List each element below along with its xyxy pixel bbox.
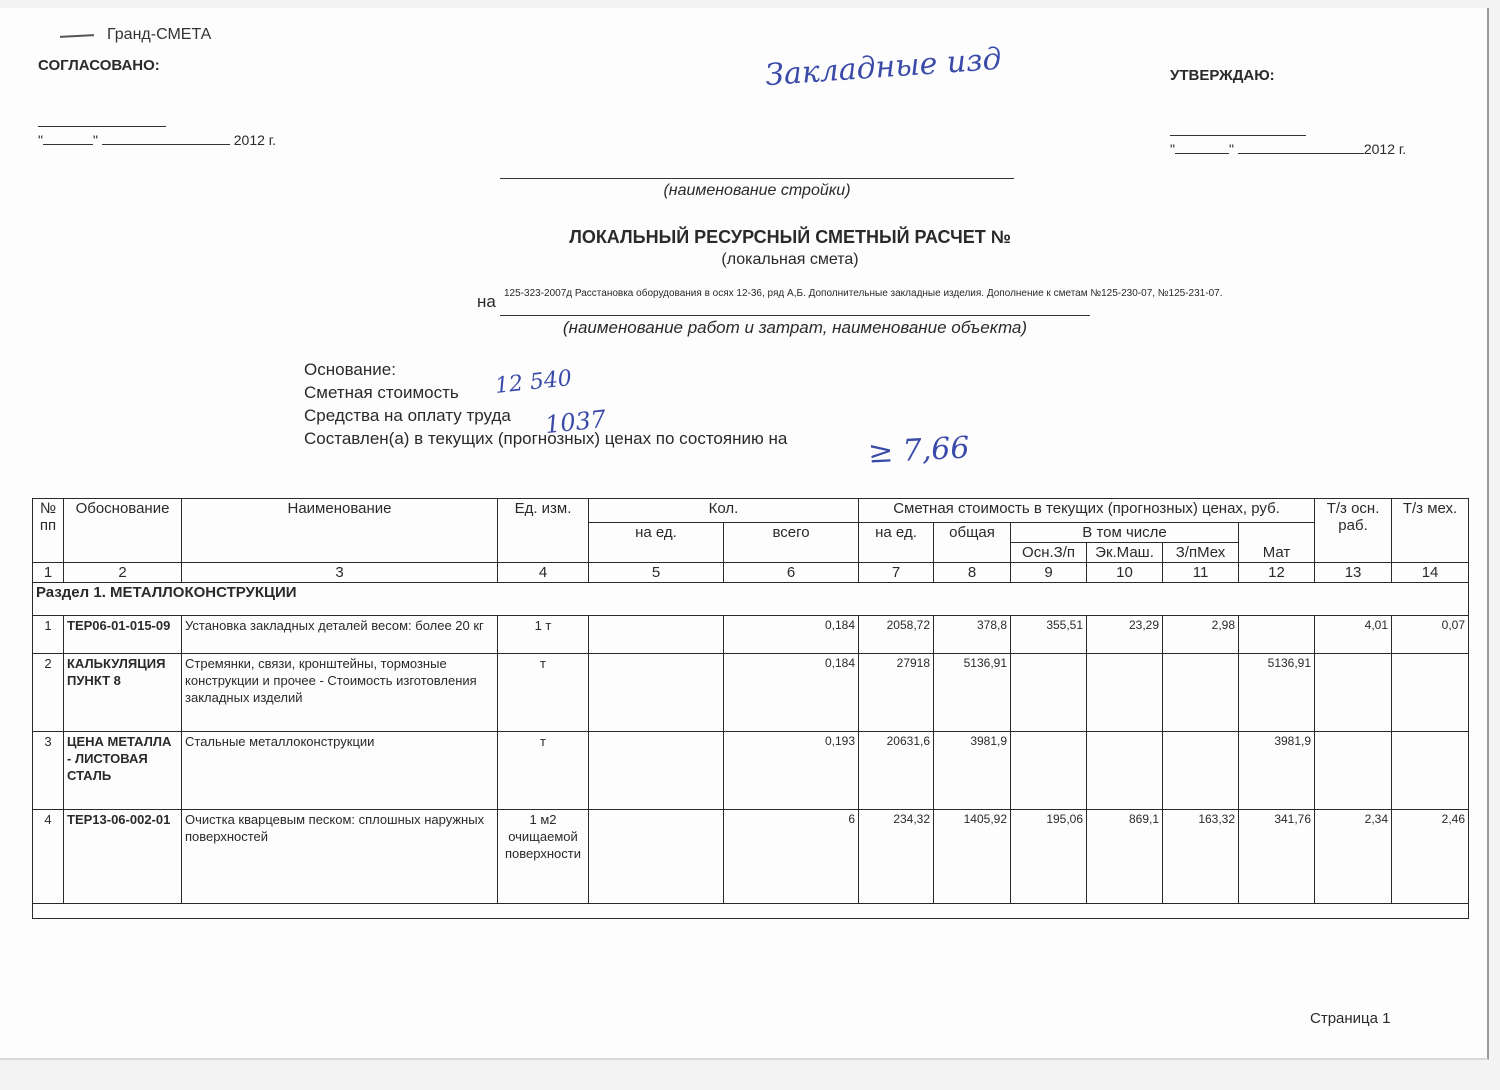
cell-name: Установка закладных деталей весом: более… bbox=[182, 616, 498, 654]
work-caption: (наименование работ и затрат, наименован… bbox=[500, 318, 1090, 338]
column-number: 8 bbox=[934, 563, 1011, 583]
header-cost-group: Сметная стоимость в текущих (прогнозных)… bbox=[859, 499, 1315, 523]
table-row: 4ТЕР13-06-002-01Очистка кварцевым песком… bbox=[33, 810, 1469, 904]
header-no: № пп bbox=[33, 499, 64, 563]
cell-cost-total: 3981,9 bbox=[934, 732, 1011, 810]
cell-ek-mash: 869,1 bbox=[1087, 810, 1163, 904]
app-brand: Гранд-СМЕТА bbox=[107, 26, 211, 44]
construction-name-line bbox=[500, 178, 1014, 179]
cell-mat: 3981,9 bbox=[1239, 732, 1315, 810]
cell-mat: 5136,91 bbox=[1239, 654, 1315, 732]
cell-zp-mech: 163,32 bbox=[1163, 810, 1239, 904]
construction-caption: (наименование стройки) bbox=[500, 182, 1014, 200]
cell-name: Стальные металлоконструкции bbox=[182, 732, 498, 810]
column-number: 13 bbox=[1315, 563, 1392, 583]
header-cost-total: общая bbox=[934, 523, 1011, 563]
cell-ek-mash bbox=[1087, 654, 1163, 732]
cell-no: 1 bbox=[33, 616, 64, 654]
estimate-table: № пп Обоснование Наименование Ед. изм. К… bbox=[32, 498, 1469, 919]
header-tz-mech: Т/з мех. bbox=[1392, 499, 1469, 563]
column-number: 6 bbox=[724, 563, 859, 583]
cell-qty-total: 0,193 bbox=[724, 732, 859, 810]
cell-tz-osn bbox=[1315, 654, 1392, 732]
cell-cost-total: 5136,91 bbox=[934, 654, 1011, 732]
cell-mat bbox=[1239, 616, 1315, 654]
cell-name: Очистка кварцевым песком: сплошных наруж… bbox=[182, 810, 498, 904]
cell-ek-mash: 23,29 bbox=[1087, 616, 1163, 654]
header-qty-total: всего bbox=[724, 523, 859, 563]
logo-mark-icon bbox=[60, 34, 94, 38]
cell-qty-per-unit bbox=[589, 810, 724, 904]
estimate-rows: 1ТЕР06-01-015-09Установка закладных дета… bbox=[33, 616, 1469, 919]
table-row: 1ТЕР06-01-015-09Установка закладных дета… bbox=[33, 616, 1469, 654]
header-qty-per-unit: на ед. bbox=[589, 523, 724, 563]
cell-code: ЦЕНА МЕТАЛЛА - ЛИСТОВАЯ СТАЛЬ bbox=[64, 732, 182, 810]
cell-cost-per-unit: 20631,6 bbox=[859, 732, 934, 810]
section-title: Раздел 1. МЕТАЛЛОКОНСТРУКЦИИ bbox=[33, 583, 1469, 616]
column-number: 5 bbox=[589, 563, 724, 583]
approve-signature-line bbox=[1170, 135, 1306, 136]
column-number: 4 bbox=[498, 563, 589, 583]
document-subtitle: (локальная смета) bbox=[480, 251, 1100, 269]
cell-cost-total: 1405,92 bbox=[934, 810, 1011, 904]
column-number: 3 bbox=[182, 563, 498, 583]
on-prefix: на bbox=[477, 292, 496, 312]
column-number: 14 bbox=[1392, 563, 1469, 583]
cell-tz-osn bbox=[1315, 732, 1392, 810]
cell-osn-zp: 355,51 bbox=[1011, 616, 1087, 654]
document-title: ЛОКАЛЬНЫЙ РЕСУРСНЫЙ СМЕТНЫЙ РАСЧЕТ № bbox=[480, 227, 1100, 248]
column-number: 11 bbox=[1163, 563, 1239, 583]
cell-osn-zp bbox=[1011, 654, 1087, 732]
cell-mat: 341,76 bbox=[1239, 810, 1315, 904]
cell-osn-zp: 195,06 bbox=[1011, 810, 1087, 904]
cell-no: 3 bbox=[33, 732, 64, 810]
work-name: 125-323-2007д Расстановка оборудования в… bbox=[504, 288, 1222, 299]
cell-osn-zp bbox=[1011, 732, 1087, 810]
header-mat: Мат bbox=[1239, 543, 1315, 563]
cell-zp-mech bbox=[1163, 654, 1239, 732]
cell-code: КАЛЬКУЛЯЦИЯ ПУНКТ 8 bbox=[64, 654, 182, 732]
header-incl-blank bbox=[1239, 523, 1315, 543]
cell-tz-mech bbox=[1392, 654, 1469, 732]
cell-cost-per-unit: 27918 bbox=[859, 654, 934, 732]
cell-cost-total: 378,8 bbox=[934, 616, 1011, 654]
column-number: 2 bbox=[64, 563, 182, 583]
cell-unit: 1 т bbox=[498, 616, 589, 654]
header-ek-mash: Эк.Маш. bbox=[1087, 543, 1163, 563]
cell-code: ТЕР13-06-002-01 bbox=[64, 810, 182, 904]
cell-qty-total: 0,184 bbox=[724, 654, 859, 732]
header-qty-group: Кол. bbox=[589, 499, 859, 523]
table-row: 2КАЛЬКУЛЯЦИЯ ПУНКТ 8Стремянки, связи, кр… bbox=[33, 654, 1469, 732]
cell-qty-total: 0,184 bbox=[724, 616, 859, 654]
document-page: Гранд-СМЕТА СОГЛАСОВАНО: "" 2012 г. Закл… bbox=[0, 8, 1489, 1060]
header-incl-group: В том числе bbox=[1011, 523, 1239, 543]
cell-cost-per-unit: 2058,72 bbox=[859, 616, 934, 654]
cell-tz-osn: 2,34 bbox=[1315, 810, 1392, 904]
cell-unit: т bbox=[498, 654, 589, 732]
cell-qty-per-unit bbox=[589, 616, 724, 654]
header-zp-mech: З/пМех bbox=[1163, 543, 1239, 563]
column-number: 9 bbox=[1011, 563, 1087, 583]
column-number-row: 1234567891011121314 bbox=[33, 563, 1469, 583]
cell-unit: 1 м2 очищаемой поверхности bbox=[498, 810, 589, 904]
handwritten-note: Закладные изд bbox=[764, 42, 1003, 93]
cell-tz-osn: 4,01 bbox=[1315, 616, 1392, 654]
agreed-date: "" 2012 г. bbox=[38, 132, 276, 148]
header-tz-osn: Т/з осн. раб. bbox=[1315, 499, 1392, 563]
cell-qty-per-unit bbox=[589, 732, 724, 810]
cell-unit: т bbox=[498, 732, 589, 810]
cell-zp-mech: 2,98 bbox=[1163, 616, 1239, 654]
cell-code: ТЕР06-01-015-09 bbox=[64, 616, 182, 654]
cell-name: Стремянки, связи, кронштейны, тормозные … bbox=[182, 654, 498, 732]
cell-qty-per-unit bbox=[589, 654, 724, 732]
table-row: 3ЦЕНА МЕТАЛЛА - ЛИСТОВАЯ СТАЛЬСтальные м… bbox=[33, 732, 1469, 810]
agreed-label: СОГЛАСОВАНО: bbox=[38, 57, 160, 74]
cell-no: 4 bbox=[33, 810, 64, 904]
table-bottom-spacer bbox=[33, 904, 1469, 919]
agreed-signature-line bbox=[38, 126, 166, 127]
approve-date: "" 2012 г. bbox=[1170, 141, 1406, 157]
column-number: 12 bbox=[1239, 563, 1315, 583]
cell-zp-mech bbox=[1163, 732, 1239, 810]
header-cost-per-unit: на ед. bbox=[859, 523, 934, 563]
cell-ek-mash bbox=[1087, 732, 1163, 810]
handwritten-price-index: ≥ 7,66 bbox=[867, 430, 970, 470]
header-unit: Ед. изм. bbox=[498, 499, 589, 563]
cell-cost-per-unit: 234,32 bbox=[859, 810, 934, 904]
page-number: Страница 1 bbox=[1310, 1010, 1391, 1027]
cell-no: 2 bbox=[33, 654, 64, 732]
cell-tz-mech: 0,07 bbox=[1392, 616, 1469, 654]
work-name-line bbox=[500, 315, 1090, 316]
header-basis: Обоснование bbox=[64, 499, 182, 563]
header-name: Наименование bbox=[182, 499, 498, 563]
cell-tz-mech: 2,46 bbox=[1392, 810, 1469, 904]
cell-tz-mech bbox=[1392, 732, 1469, 810]
approve-label: УТВЕРЖДАЮ: bbox=[1170, 67, 1275, 84]
header-osn-zp: Осн.З/п bbox=[1011, 543, 1087, 563]
column-number: 1 bbox=[33, 563, 64, 583]
cell-qty-total: 6 bbox=[724, 810, 859, 904]
column-number: 10 bbox=[1087, 563, 1163, 583]
column-number: 7 bbox=[859, 563, 934, 583]
